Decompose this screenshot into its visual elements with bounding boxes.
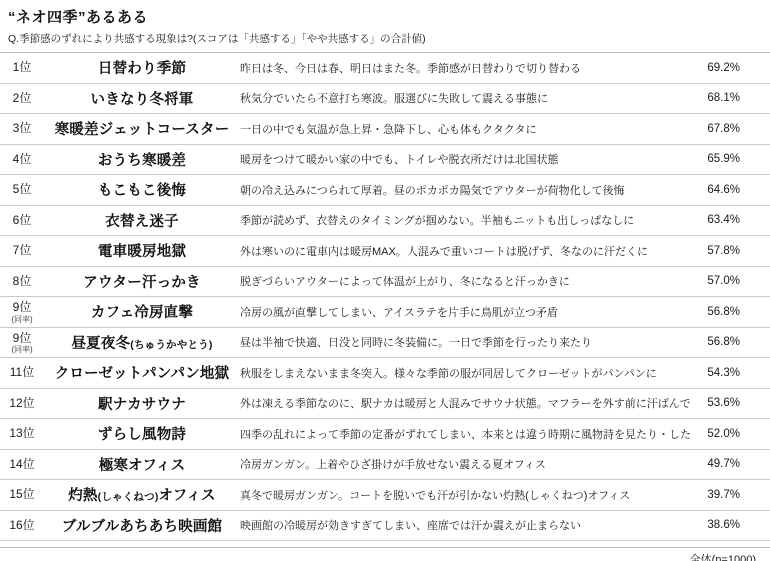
rank-label: 13位 (9, 426, 34, 440)
table-row: 15位 灼熱(しゃくねつ)オフィス 真冬で暖房ガンガン。コートを脱いでも汗が引か… (0, 480, 770, 511)
score-value: 49.7% (690, 458, 740, 470)
phenomenon-description: 外は寒いのに電車内は暖房MAX。人混みで重いコートは脱げず、冬なのに汗だくに (240, 243, 690, 259)
phenomenon-description: 季節が読めず、衣替えのタイミングが掴めない。半袖もニットも出しっぱなしに (240, 212, 690, 228)
phenomenon-name-segment: アウター汗っかき (83, 275, 200, 291)
score-value: 56.8% (690, 306, 740, 318)
phenomenon-name-segment: おうち寒暖差 (98, 153, 186, 169)
score-value: 65.9% (690, 153, 740, 165)
score-value: 54.3% (690, 367, 740, 379)
table-row: 7位 電車暖房地獄 外は寒いのに電車内は暖房MAX。人混みで重いコートは脱げず、… (0, 236, 770, 267)
phenomenon-description: 朝の冷え込みにつられて厚着。昼のポカポカ陽気でアウターが荷物化して後悔 (240, 182, 690, 198)
phenomenon-name: いきなり冬将軍 (44, 88, 240, 109)
phenomenon-name-reading: (ちゅうかやとう) (130, 339, 212, 351)
ranking-table: 1位 日替わり季節 昨日は冬、今日は春、明日はまた冬。季節感が日替わりで切り替わ… (0, 52, 770, 541)
score-value: 64.6% (690, 184, 740, 196)
score-value: 39.7% (690, 489, 740, 501)
table-row: 12位 駅ナカサウナ 外は凍える季節なのに、駅ナカは暖房と人混みでサウナ状態。マ… (0, 389, 770, 420)
phenomenon-name: 灼熱(しゃくねつ)オフィス (44, 484, 240, 505)
phenomenon-description: 昨日は冬、今日は春、明日はまた冬。季節感が日替わりで切り替わる (240, 60, 690, 76)
phenomenon-name: カフェ冷房直撃 (44, 301, 240, 322)
rank-cell: 7位 (0, 242, 44, 259)
rank-label: 11位 (10, 365, 34, 379)
rank-label: 9位 (13, 300, 32, 314)
phenomenon-name: 衣替え迷子 (44, 210, 240, 231)
rank-cell: 2位 (0, 90, 44, 107)
phenomenon-name-segment: クローゼットパンパン地獄 (55, 366, 230, 382)
rank-label: 14位 (9, 457, 34, 471)
phenomenon-name: もこもこ後悔 (44, 179, 240, 200)
phenomenon-description: 冷房の風が直撃してしまい、アイスラテを片手に鳥肌が立つ矛盾 (240, 304, 690, 320)
ranking-table-body: 1位 日替わり季節 昨日は冬、今日は春、明日はまた冬。季節感が日替わりで切り替わ… (0, 53, 770, 541)
phenomenon-name-segment: カフェ冷房直撃 (91, 305, 193, 321)
score-value: 53.6% (690, 397, 740, 409)
phenomenon-description: 暖房をつけて暖かい家の中でも、トイレや脱衣所だけは北国状態 (240, 151, 690, 167)
table-row: 1位 日替わり季節 昨日は冬、今日は春、明日はまた冬。季節感が日替わりで切り替わ… (0, 53, 770, 84)
rank-label: 3位 (13, 121, 32, 135)
rank-cell: 8位 (0, 273, 44, 290)
phenomenon-name-segment: 灼熱 (68, 488, 97, 504)
rank-cell: 9位 (同率) (0, 330, 44, 355)
phenomenon-description: 秋服をしまえないまま冬突入。様々な季節の服が同居してクローゼットがパンパンに (240, 365, 690, 381)
rank-cell: 5位 (0, 181, 44, 198)
phenomenon-name: クローゼットパンパン地獄 (44, 362, 240, 383)
phenomenon-name: 極寒オフィス (44, 454, 240, 475)
phenomenon-name-segment: 電車暖房地獄 (98, 244, 186, 260)
phenomenon-name: おうち寒暖差 (44, 149, 240, 170)
rank-tie-note: (同率) (0, 316, 44, 324)
rank-cell: 15位 (0, 486, 44, 503)
table-row: 9位 (同率) カフェ冷房直撃 冷房の風が直撃してしまい、アイスラテを片手に鳥肌… (0, 297, 770, 328)
rank-label: 8位 (13, 274, 32, 288)
table-row: 2位 いきなり冬将軍 秋気分でいたら不意打ち寒波。服選びに失敗して震える事態に … (0, 84, 770, 115)
phenomenon-name-segment: いきなり冬将軍 (91, 92, 194, 108)
rank-cell: 4位 (0, 151, 44, 168)
score-value: 57.0% (690, 275, 740, 287)
rank-cell: 3位 (0, 120, 44, 137)
rank-cell: 6位 (0, 212, 44, 229)
score-value: 52.0% (690, 428, 740, 440)
rank-cell: 9位 (同率) (0, 299, 44, 324)
phenomenon-description: 昼は半袖で快適、日没と同時に冬装備に。一日で季節を行ったり来たり (240, 334, 690, 350)
sample-size-note: 全体(n=1000) (0, 547, 770, 561)
rank-label: 1位 (13, 60, 32, 74)
phenomenon-name: 日替わり季節 (44, 57, 240, 78)
table-row: 4位 おうち寒暖差 暖房をつけて暖かい家の中でも、トイレや脱衣所だけは北国状態 … (0, 145, 770, 176)
phenomenon-name: アウター汗っかき (44, 271, 240, 292)
phenomenon-name-segment: 日替わり季節 (98, 61, 186, 77)
phenomenon-description: 真冬で暖房ガンガン。コートを脱いでも汗が引かない灼熱(しゃくねつ)オフィス (240, 487, 690, 503)
rank-cell: 12位 (0, 395, 44, 412)
survey-question: Q.季節感のずれにより共感する現象は?(スコアは「共感する」「やや共感する」の合… (0, 27, 770, 52)
phenomenon-description: 一日の中でも気温が急上昇・急降下し、心も体もクタクタに (240, 121, 690, 137)
table-row: 5位 もこもこ後悔 朝の冷え込みにつられて厚着。昼のポカポカ陽気でアウターが荷物… (0, 175, 770, 206)
table-row: 9位 (同率) 昼夏夜冬(ちゅうかやとう) 昼は半袖で快適、日没と同時に冬装備に… (0, 328, 770, 359)
phenomenon-name-segment: 駅ナカサウナ (98, 397, 186, 413)
phenomenon-name-segment: 衣替え迷子 (105, 214, 179, 230)
rank-label: 6位 (13, 213, 32, 227)
rank-cell: 16位 (0, 517, 44, 534)
survey-results-page: “ネオ四季”あるある Q.季節感のずれにより共感する現象は?(スコアは「共感する… (0, 0, 770, 561)
phenomenon-description: 映画館の冷暖房が効きすぎてしまい、座席では汗か震えが止まらない (240, 517, 690, 533)
table-row: 11位 クローゼットパンパン地獄 秋服をしまえないまま冬突入。様々な季節の服が同… (0, 358, 770, 389)
rank-label: 2位 (13, 91, 32, 105)
phenomenon-name-segment: 昼夏夜冬 (71, 336, 130, 352)
table-row: 16位 ブルブルあちあち映画館 映画館の冷暖房が効きすぎてしまい、座席では汗か震… (0, 511, 770, 542)
phenomenon-name: 駅ナカサウナ (44, 393, 240, 414)
score-value: 67.8% (690, 123, 740, 135)
rank-label: 15位 (9, 487, 34, 501)
score-value: 57.8% (690, 245, 740, 257)
phenomenon-name-segment: 極寒オフィス (99, 458, 186, 474)
phenomenon-description: 脱ぎづらいアウターによって体温が上がり、冬になると汗っかきに (240, 273, 690, 289)
table-row: 13位 ずらし風物詩 四季の乱れによって季節の定番がずれてしまい、本来とは違う時… (0, 419, 770, 450)
rank-label: 9位 (13, 331, 32, 345)
score-value: 56.8% (690, 336, 740, 348)
score-value: 63.4% (690, 214, 740, 226)
phenomenon-name: ずらし風物詩 (44, 423, 240, 444)
rank-label: 7位 (13, 243, 32, 257)
phenomenon-name-segment: ずらし風物詩 (98, 427, 186, 443)
score-value: 69.2% (690, 62, 740, 74)
phenomenon-description: 秋気分でいたら不意打ち寒波。服選びに失敗して震える事態に (240, 90, 690, 106)
rank-cell: 1位 (0, 59, 44, 76)
rank-cell: 13位 (0, 425, 44, 442)
phenomenon-name-segment: オフィス (159, 488, 216, 504)
table-row: 6位 衣替え迷子 季節が読めず、衣替えのタイミングが掴めない。半袖もニットも出し… (0, 206, 770, 237)
table-row: 8位 アウター汗っかき 脱ぎづらいアウターによって体温が上がり、冬になると汗っか… (0, 267, 770, 298)
rank-cell: 11位 (0, 364, 44, 381)
rank-cell: 14位 (0, 456, 44, 473)
table-row: 3位 寒暖差ジェットコースター 一日の中でも気温が急上昇・急降下し、心も体もクタ… (0, 114, 770, 145)
phenomenon-name-segment: ブルブルあちあち映画館 (62, 519, 223, 535)
rank-tie-note: (同率) (0, 346, 44, 354)
phenomenon-description: 四季の乱れによって季節の定番がずれてしまい、本来とは違う時期に風物詩を見たり・し… (240, 426, 690, 442)
page-title: “ネオ四季”あるある (0, 0, 770, 27)
table-row: 14位 極寒オフィス 冷房ガンガン。上着やひざ掛けが手放せない震える夏オフィス … (0, 450, 770, 481)
phenomenon-name: ブルブルあちあち映画館 (44, 515, 240, 536)
rank-label: 4位 (13, 152, 32, 166)
rank-label: 12位 (9, 396, 34, 410)
phenomenon-name-segment: 寒暖差ジェットコースター (55, 122, 230, 138)
phenomenon-name: 電車暖房地獄 (44, 240, 240, 261)
phenomenon-name: 昼夏夜冬(ちゅうかやとう) (44, 332, 240, 353)
phenomenon-name-segment: もこもこ後悔 (98, 183, 186, 199)
rank-label: 16位 (9, 518, 34, 532)
score-value: 68.1% (690, 92, 740, 104)
phenomenon-description: 冷房ガンガン。上着やひざ掛けが手放せない震える夏オフィス (240, 456, 690, 472)
score-value: 38.6% (690, 519, 740, 531)
rank-label: 5位 (13, 182, 32, 196)
phenomenon-description: 外は凍える季節なのに、駅ナカは暖房と人混みでサウナ状態。マフラーを外す前に汗ばん… (240, 395, 690, 411)
phenomenon-name-reading: (しゃくねつ) (98, 491, 159, 503)
phenomenon-name: 寒暖差ジェットコースター (44, 118, 240, 139)
